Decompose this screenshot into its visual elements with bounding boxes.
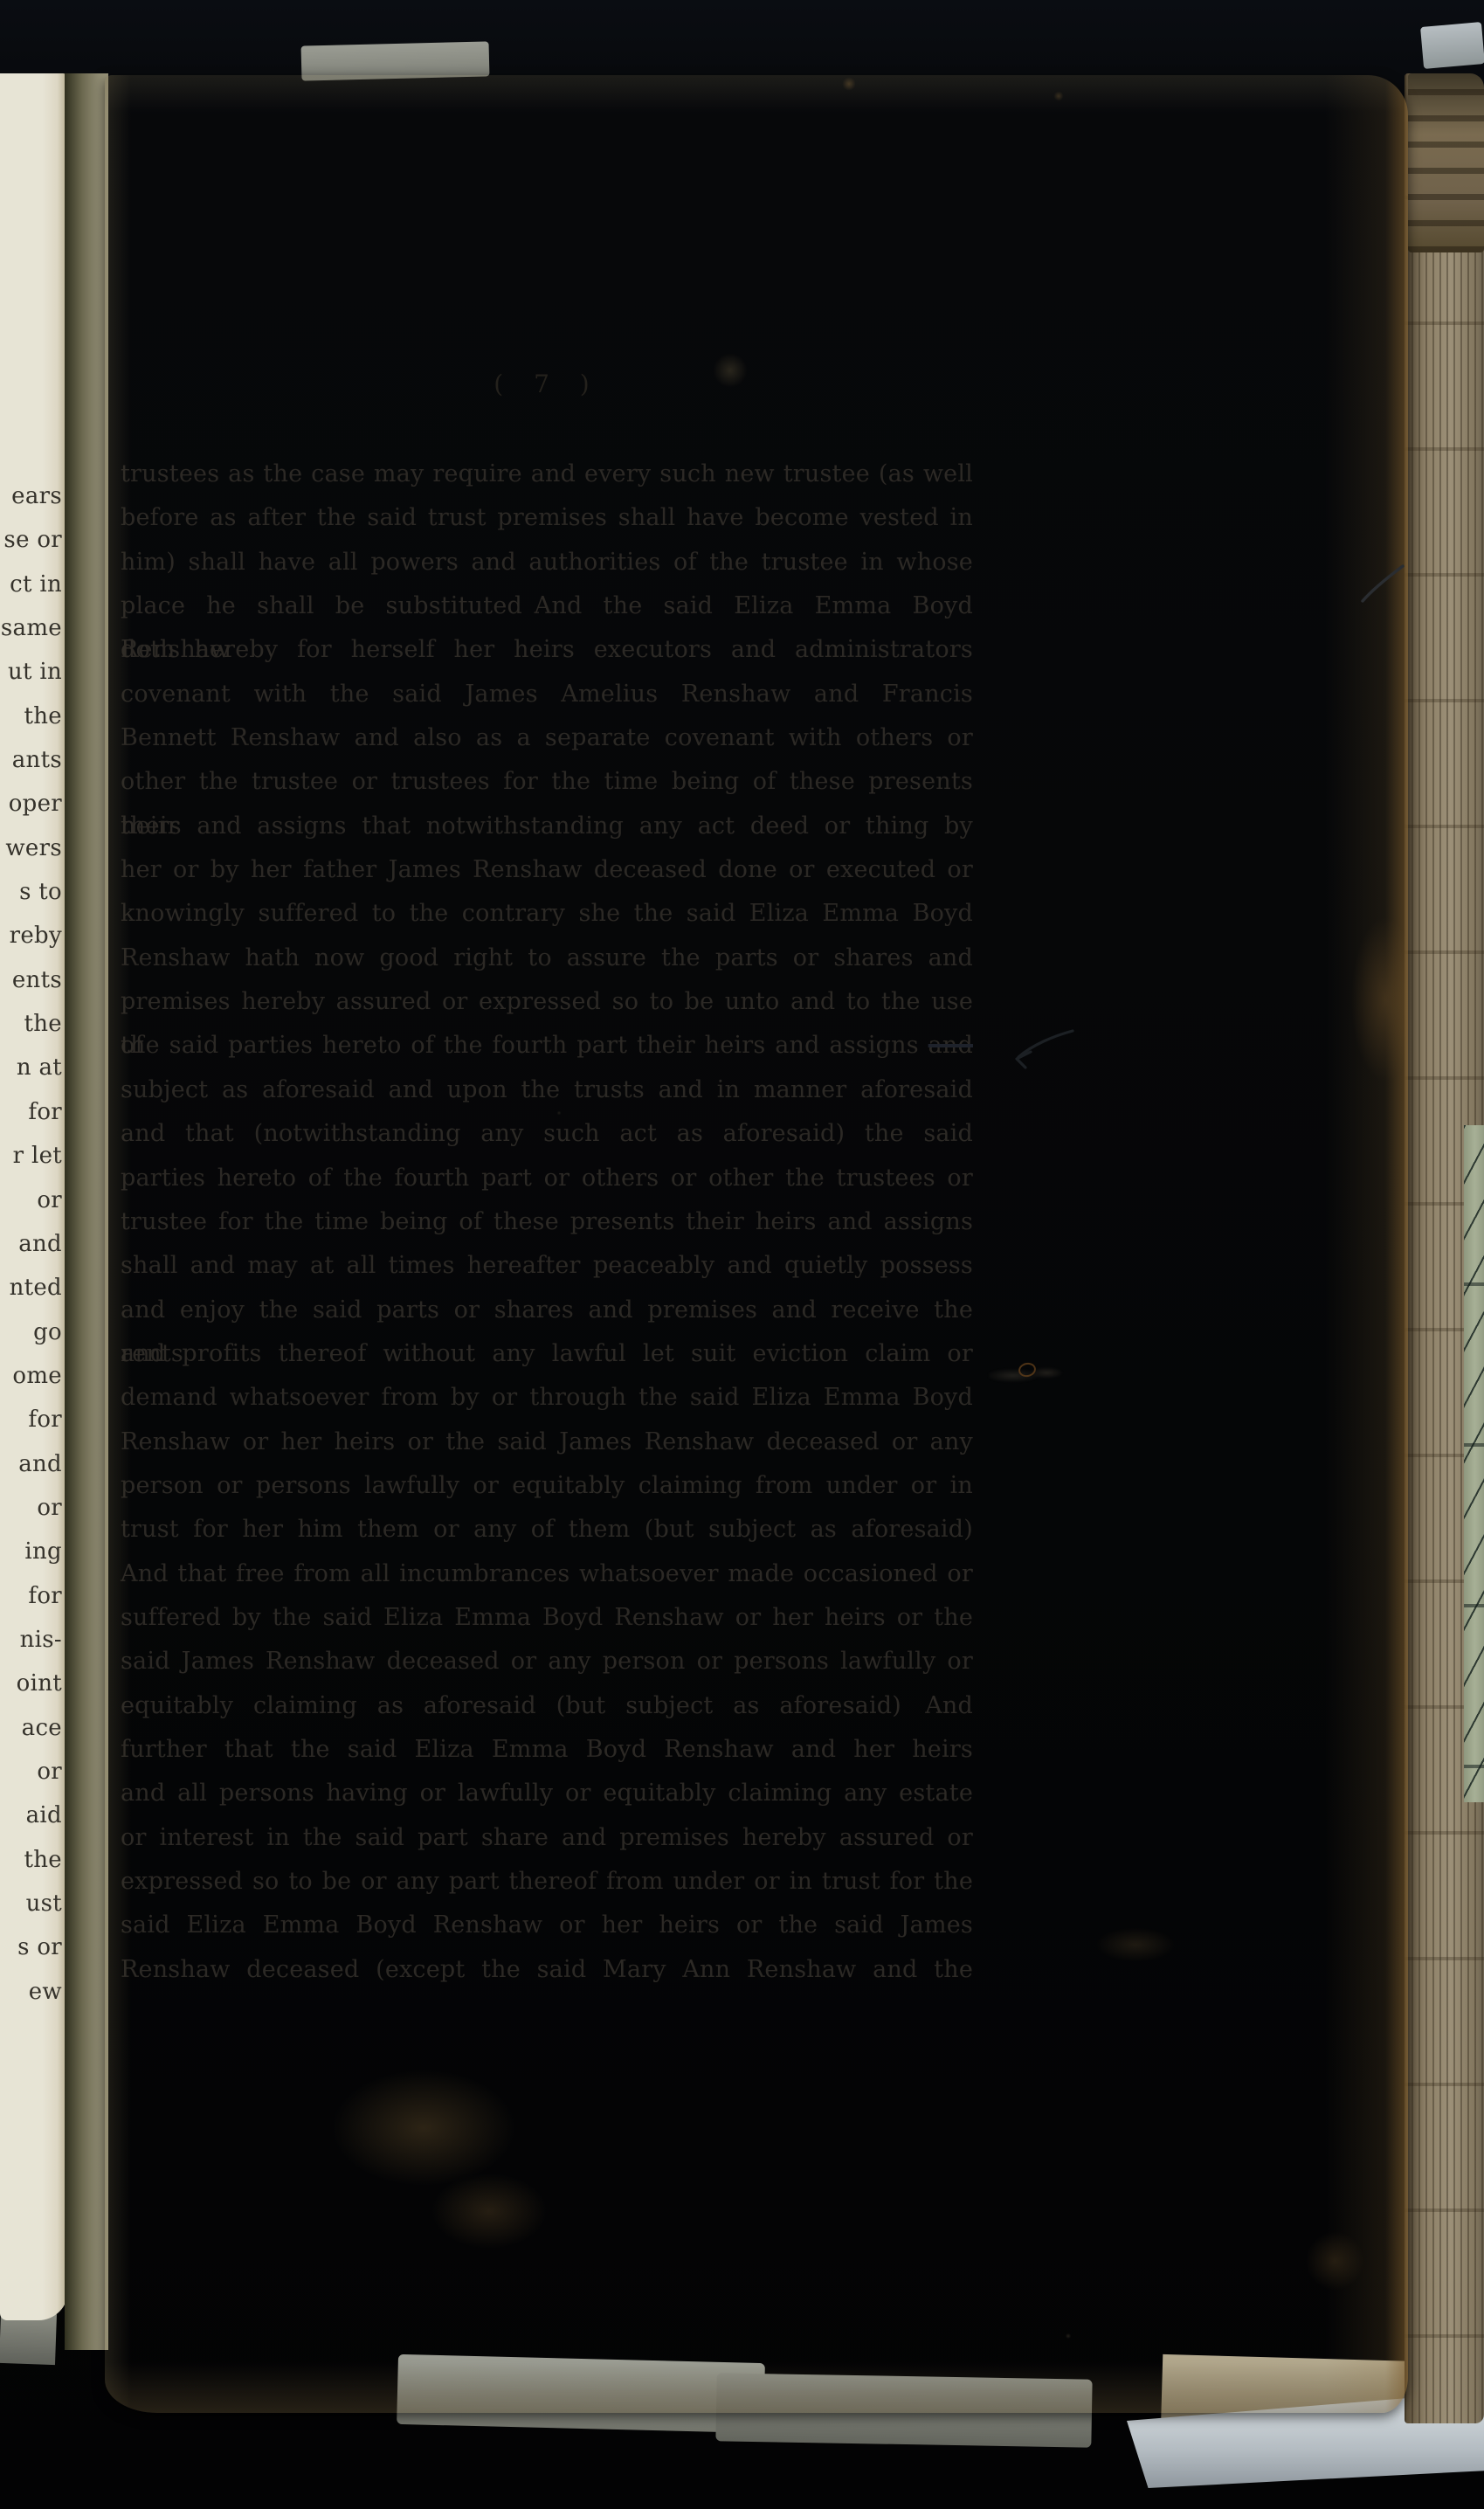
text-line-content: knowingly suffered to the contrary she t… [121,900,973,927]
text-line: suffered by the said Eliza Emma Boyd Ren… [121,1596,973,1640]
left-page-fragment: ents [0,958,62,1002]
text-line: doth hereby for herself her heirs execut… [121,628,973,672]
text-line: trust for her him them or any of them (b… [121,1508,973,1552]
left-page-fragment: the [0,695,62,738]
text-line-content: trust for her him them or any of them (b… [121,1516,973,1543]
text-line: knowingly suffered to the contrary she t… [121,892,973,936]
book-scan: earsse orct insameut intheantsoperwerss … [0,0,1484,2509]
text-line-content: parties hereto of the fourth part or oth… [121,1165,973,1192]
left-page-fragment: same [0,606,62,650]
page-edges-top-right [1408,73,1484,252]
text-line-content: shall and may at all times hereafter pea… [121,1252,973,1279]
text-line-content: And that free from all incumbrances what… [121,1560,973,1587]
page-number: ( 7 ) [480,370,603,398]
left-page-edge: earsse orct insameut intheantsoperwerss … [0,73,68,2320]
text-line-content: said Eliza Emma Boyd Renshaw or her heir… [121,1911,973,1939]
text-line-content: further that the said Eliza Emma Boyd Re… [121,1736,973,1763]
text-line-content: person or persons lawfully or equitably … [121,1472,973,1499]
text-line: said James Renshaw deceased or any perso… [121,1640,973,1683]
left-page-fragment: se or [0,518,62,562]
text-line-content: the said parties hereto of the fourth pa… [121,1032,928,1059]
text-line: parties hereto of the fourth part or oth… [121,1157,973,1200]
text-line: and enjoy the said parts or shares and p… [121,1289,973,1332]
text-line-content: Renshaw deceased (except the said Mary A… [121,1956,973,1983]
text-line: or interest in the said part share and p… [121,1816,973,1860]
text-line: him) shall have all powers and authoriti… [121,541,973,584]
left-page-fragment: or [0,1486,62,1530]
text-line-content: suffered by the said Eliza Emma Boyd Ren… [121,1604,973,1631]
left-page-fragment: go [0,1310,62,1354]
text-line-content: trustee for the time being of these pres… [121,1208,973,1235]
book-gutter [65,73,108,2350]
left-page-fragment: and [0,1442,62,1486]
text-line: place he shall be substituted And the sa… [121,584,973,628]
text-line-content: and that (notwithstanding any such act a… [121,1120,973,1147]
left-page-fragment: oper [0,782,62,826]
text-line-content: heirs and assigns that notwithstanding a… [121,812,973,840]
left-page-fragment: s or [0,1925,62,1969]
text-line: demand whatsoever from by or through the… [121,1376,973,1420]
left-page-text-fragments: earsse orct insameut intheantsoperwerss … [0,474,62,2014]
text-line-content: and profits thereof without any lawful l… [121,1340,973,1367]
left-page-fragment: nted [0,1266,62,1310]
text-line-content: expressed so to be or any part thereof f… [121,1868,973,1895]
text-line: heirs and assigns that notwithstanding a… [121,805,973,848]
left-page-fragment: or [0,1750,62,1794]
text-line: subject as aforesaid and upon the trusts… [121,1068,973,1112]
document-page: ( 7 ) trustees as the case may require a… [105,75,1408,2413]
text-line-content: Renshaw or her heirs or the said James R… [121,1428,973,1455]
text-line: said Eliza Emma Boyd Renshaw or her heir… [121,1904,973,1947]
left-page-fragment: for [0,1574,62,1618]
text-line: trustees as the case may require and eve… [121,453,973,496]
left-page-fragment: nis- [0,1618,62,1662]
text-line: her or by her father James Renshaw decea… [121,848,973,892]
text-line: trustee for the time being of these pres… [121,1200,973,1244]
text-line: further that the said Eliza Emma Boyd Re… [121,1728,973,1772]
text-line: Bennett Renshaw and also as a separate c… [121,716,973,760]
struck-word: and [928,1032,973,1059]
left-page-fragment: ears [0,474,62,518]
text-line: premises hereby assured or expressed so … [121,980,973,1024]
text-line-content: subject as aforesaid and upon the trusts… [121,1076,973,1103]
left-page-fragment: for [0,1090,62,1134]
text-line-content: trustees as the case may require and eve… [121,460,973,487]
text-line-content: said James Renshaw deceased or any perso… [121,1648,973,1675]
text-line-content: her or by her father James Renshaw decea… [121,856,973,883]
left-page-fragment: or [0,1178,62,1222]
left-page-fragment: ome [0,1354,62,1398]
left-page-fragment: ace [0,1706,62,1750]
text-line: and that (notwithstanding any such act a… [121,1112,973,1156]
text-line: covenant with the said James Amelius Ren… [121,673,973,716]
text-line-content: covenant with the said James Amelius Ren… [121,681,973,708]
pen-slash-icon [1363,566,1403,601]
left-page-fragment: r let [0,1134,62,1178]
left-page-fragment: the [0,1002,62,1046]
left-page-fragment: ut in [0,650,62,694]
left-page-fragment: oint [0,1662,62,1705]
text-line-content: before as after the said trust premises … [121,504,973,531]
left-page-fragment: aid [0,1794,62,1837]
left-page-fragment: reby [0,914,62,957]
text-line: shall and may at all times hereafter pea… [121,1244,973,1288]
left-page-fragment: ew [0,1970,62,2014]
page-text: trustees as the case may require and eve… [121,453,973,1992]
correction-arrow-icon [1017,1031,1073,1068]
text-line: Renshaw deceased (except the said Mary A… [121,1948,973,1992]
text-line-content: equitably claiming as aforesaid (but sub… [121,1692,973,1719]
text-line: and all persons having or lawfully or eq… [121,1772,973,1815]
text-line: other the trustee or trustees for the ti… [121,760,973,804]
text-line-content: doth hereby for herself her heirs execut… [121,636,973,663]
text-line: Renshaw or her heirs or the said James R… [121,1420,973,1464]
cover-cloth-edge [1464,1125,1484,1802]
left-page-fragment: the [0,1838,62,1882]
text-line-content: him) shall have all powers and authoriti… [121,549,973,576]
left-page-fragment: wers [0,826,62,870]
left-page-fragment: ing [0,1530,62,1573]
text-line: and profits thereof without any lawful l… [121,1332,973,1376]
text-line: equitably claiming as aforesaid (but sub… [121,1684,973,1728]
left-page-fragment: s to [0,870,62,914]
under-sheet-top-right [1420,22,1484,69]
left-page-fragment: ct in [0,563,62,606]
text-line-content: demand whatsoever from by or through the… [121,1384,973,1411]
text-line-content: Bennett Renshaw and also as a separate c… [121,724,973,751]
text-line: the said parties hereto of the fourth pa… [121,1024,973,1068]
text-line: expressed so to be or any part thereof f… [121,1860,973,1904]
text-line-content: or interest in the said part share and p… [121,1824,973,1851]
text-line: before as after the said trust premises … [121,496,973,540]
text-line: Renshaw hath now good right to assure th… [121,937,973,980]
text-line: And that free from all incumbrances what… [121,1552,973,1596]
text-line-content: and all persons having or lawfully or eq… [121,1780,973,1807]
left-page-fragment: ants [0,738,62,782]
left-page-fragment: n at [0,1046,62,1089]
left-page-fragment: ust [0,1882,62,1925]
text-line: person or persons lawfully or equitably … [121,1464,973,1508]
text-line-content: Renshaw hath now good right to assure th… [121,944,973,971]
left-page-fragment: for [0,1398,62,1441]
left-page-fragment: and [0,1222,62,1266]
